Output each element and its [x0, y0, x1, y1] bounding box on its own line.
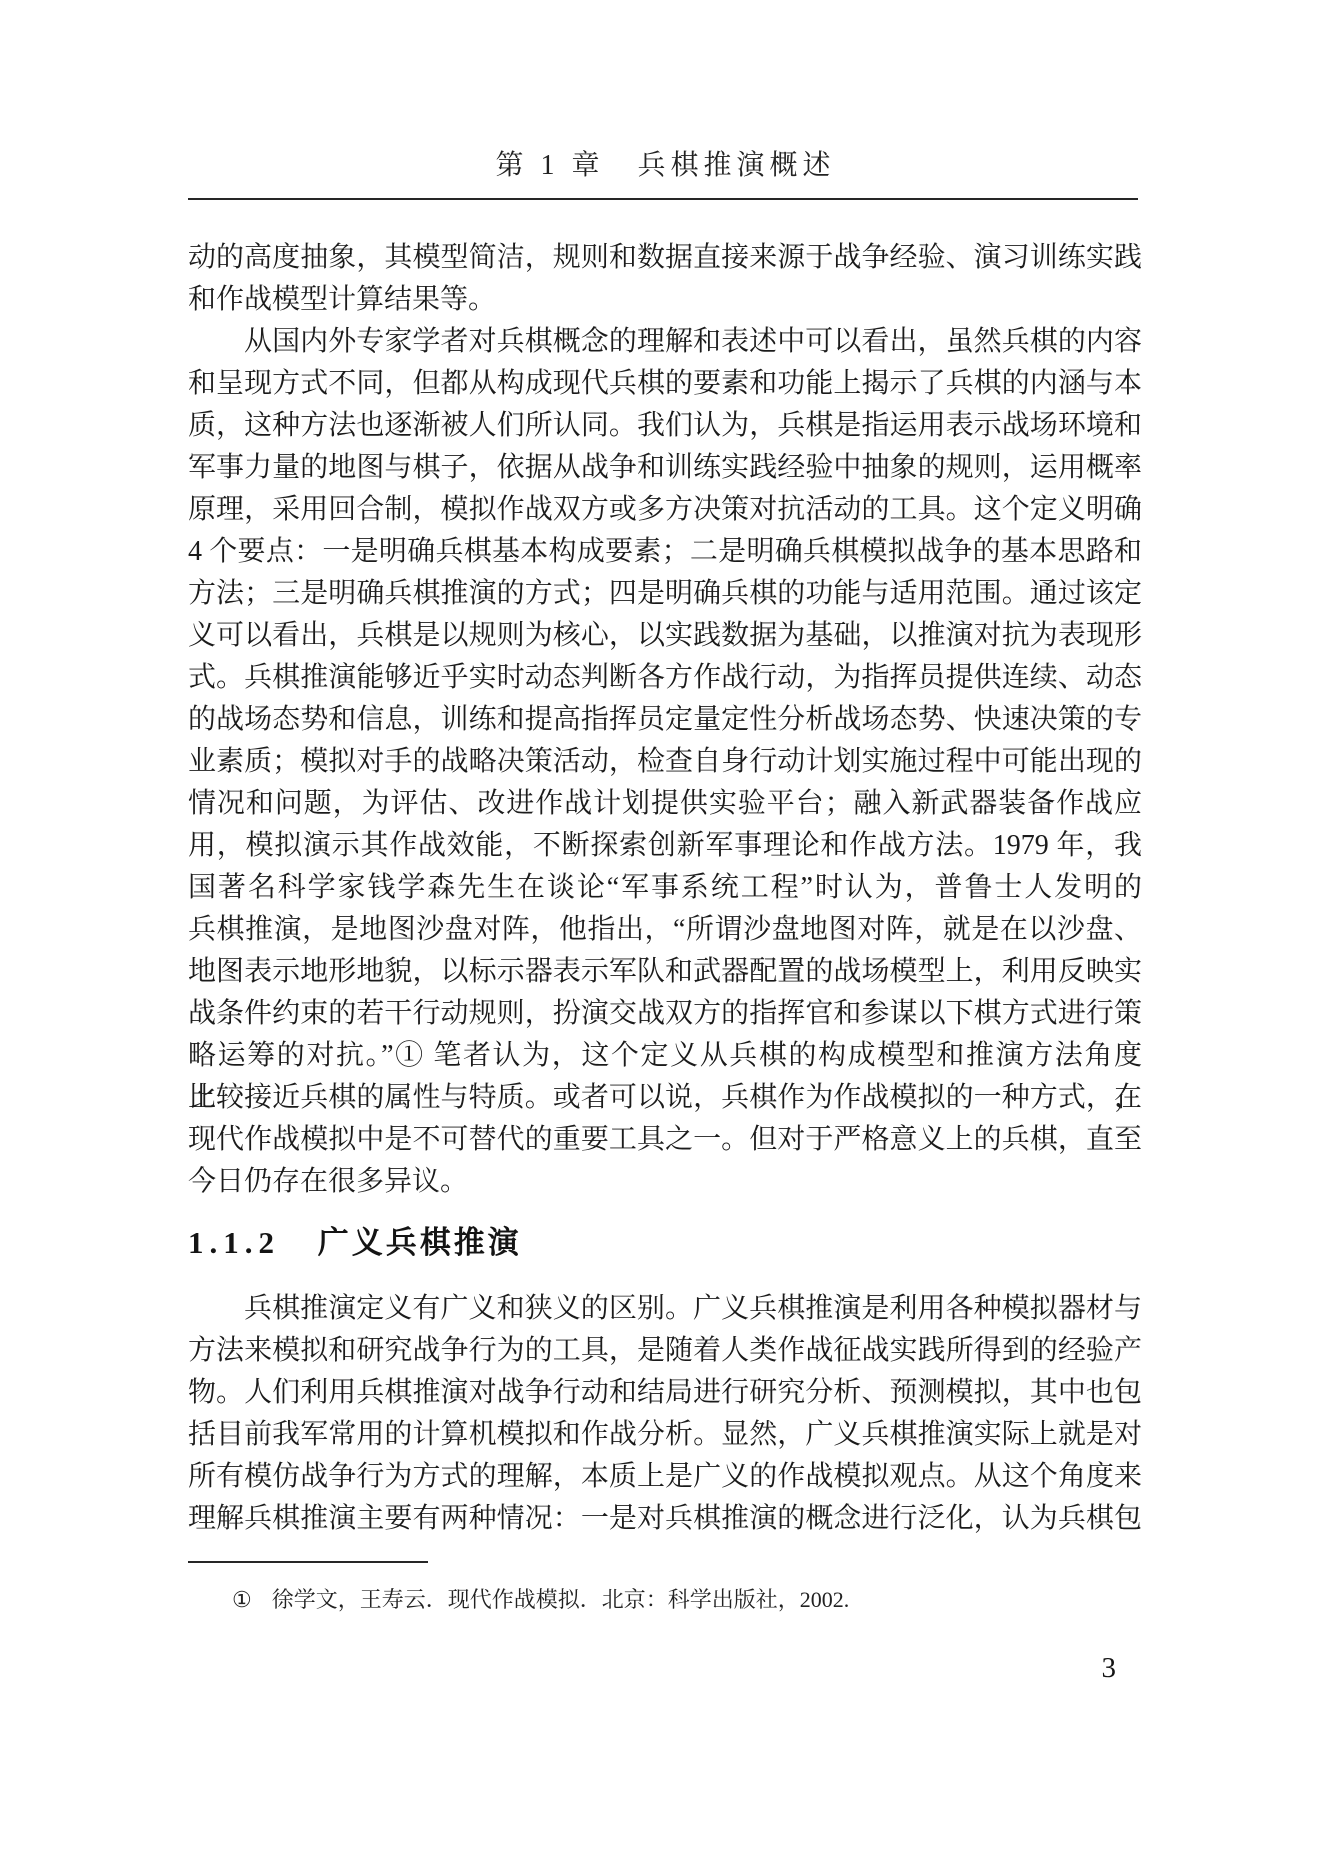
text-line: 国著名科学家钱学森先生在谈论“军事系统工程”时认为，普鲁士人发明的: [188, 867, 1142, 909]
text-line: 兵棋推演定义有广义和狭义的区别。广义兵棋推演是利用各种模拟器材与: [188, 1288, 1142, 1330]
text-line: 物。人们利用兵棋推演对战争行动和结局进行研究分析、预测模拟，其中也包: [188, 1372, 1142, 1414]
text-line: 理解兵棋推演主要有两种情况：一是对兵棋推演的概念进行泛化，认为兵棋包: [188, 1498, 1142, 1540]
text-line: 的战场态势和信息，训练和提高指挥员定量定性分析战场态势、快速决策的专: [188, 699, 1142, 741]
text-line: 4 个要点：一是明确兵棋基本构成要素；二是明确兵棋模拟战争的基本思路和: [188, 531, 1142, 573]
text-line: 略运筹的对抗。”① 笔者认为，这个定义从兵棋的构成模型和推演方法角度上，: [188, 1035, 1142, 1077]
header-rule: [188, 198, 1138, 200]
text-line: 动的高度抽象，其模型简洁，规则和数据直接来源于战争经验、演习训练实践: [188, 237, 1142, 279]
text-line: 式。兵棋推演能够近乎实时动态判断各方作战行动，为指挥员提供连续、动态: [188, 657, 1142, 699]
footnote-marker: ①: [232, 1587, 252, 1612]
text-line: 比较接近兵棋的属性与特质。或者可以说，兵棋作为作战模拟的一种方式，在: [188, 1077, 1142, 1119]
footnote: ①徐学文，王寿云．现代作战模拟．北京：科学出版社，2002.: [232, 1584, 1142, 1616]
section-heading-title: 广义兵棋推演: [318, 1225, 522, 1260]
text-line: 方法；三是明确兵棋推演的方式；四是明确兵棋的功能与适用范围。通过该定: [188, 573, 1142, 615]
text-line: 现代作战模拟中是不可替代的重要工具之一。但对于严格意义上的兵棋，直至: [188, 1119, 1142, 1161]
text-line: 原理，采用回合制，模拟作战双方或多方决策对抗活动的工具。这个定义明确: [188, 489, 1142, 531]
text-line: 军事力量的地图与棋子，依据从战争和训练实践经验中抽象的规则，运用概率: [188, 447, 1142, 489]
text-line: 今日仍存在很多异议。: [188, 1161, 1142, 1203]
text-line: 兵棋推演，是地图沙盘对阵，他指出，“所谓沙盘地图对阵，就是在以沙盘、: [188, 909, 1142, 951]
text-line: 从国内外专家学者对兵棋概念的理解和表述中可以看出，虽然兵棋的内容: [188, 321, 1142, 363]
text-line: 括目前我军常用的计算机模拟和作战分析。显然，广义兵棋推演实际上就是对: [188, 1414, 1142, 1456]
paragraph-continuation: 动的高度抽象，其模型简洁，规则和数据直接来源于战争经验、演习训练实践和作战模型计…: [188, 237, 1142, 321]
footnote-citation: 徐学文，王寿云．现代作战模拟．北京：科学出版社，2002.: [272, 1587, 850, 1612]
text-line: 质，这种方法也逐渐被人们所认同。我们认为，兵棋是指运用表示战场环境和: [188, 405, 1142, 447]
running-head-chapter-title: 第 1 章 兵棋推演概述: [0, 143, 1331, 183]
text-line: 战条件约束的若干行动规则，扮演交战双方的指挥官和参谋以下棋方式进行策: [188, 993, 1142, 1035]
text-line: 和作战模型计算结果等。: [188, 279, 1142, 321]
footnote-separator-rule: [188, 1561, 428, 1563]
text-line: 用，模拟演示其作战效能，不断探索创新军事理论和作战方法。1979 年，我: [188, 825, 1142, 867]
text-line: 业素质；模拟对手的战略决策活动，检查自身行动计划实施过程中可能出现的: [188, 741, 1142, 783]
section-heading-number: 1.1.2: [188, 1225, 280, 1260]
page-number: 3: [188, 1652, 1142, 1685]
text-line: 方法来模拟和研究战争行为的工具，是随着人类作战征战实践所得到的经验产: [188, 1330, 1142, 1372]
text-line: 情况和问题，为评估、改进作战计划提供实验平台；融入新武器装备作战应: [188, 783, 1142, 825]
book-page: 第 1 章 兵棋推演概述 动的高度抽象，其模型简洁，规则和数据直接来源于战争经验…: [0, 0, 1331, 1859]
text-line: 地图表示地形地貌，以标示器表示军队和武器配置的战场模型上，利用反映实: [188, 951, 1142, 993]
text-line: 义可以看出，兵棋是以规则为核心，以实践数据为基础，以推演对抗为表现形: [188, 615, 1142, 657]
text-line: 所有模仿战争行为方式的理解，本质上是广义的作战模拟观点。从这个角度来: [188, 1456, 1142, 1498]
text-line: 和呈现方式不同，但都从构成现代兵棋的要素和功能上揭示了兵棋的内涵与本: [188, 363, 1142, 405]
paragraph-wargame-definition: 从国内外专家学者对兵棋概念的理解和表述中可以看出，虽然兵棋的内容和呈现方式不同，…: [188, 321, 1142, 1203]
section-heading: 1.1.2 广义兵棋推演: [188, 1222, 1142, 1264]
paragraph-broad-wargaming: 兵棋推演定义有广义和狭义的区别。广义兵棋推演是利用各种模拟器材与方法来模拟和研究…: [188, 1288, 1142, 1540]
